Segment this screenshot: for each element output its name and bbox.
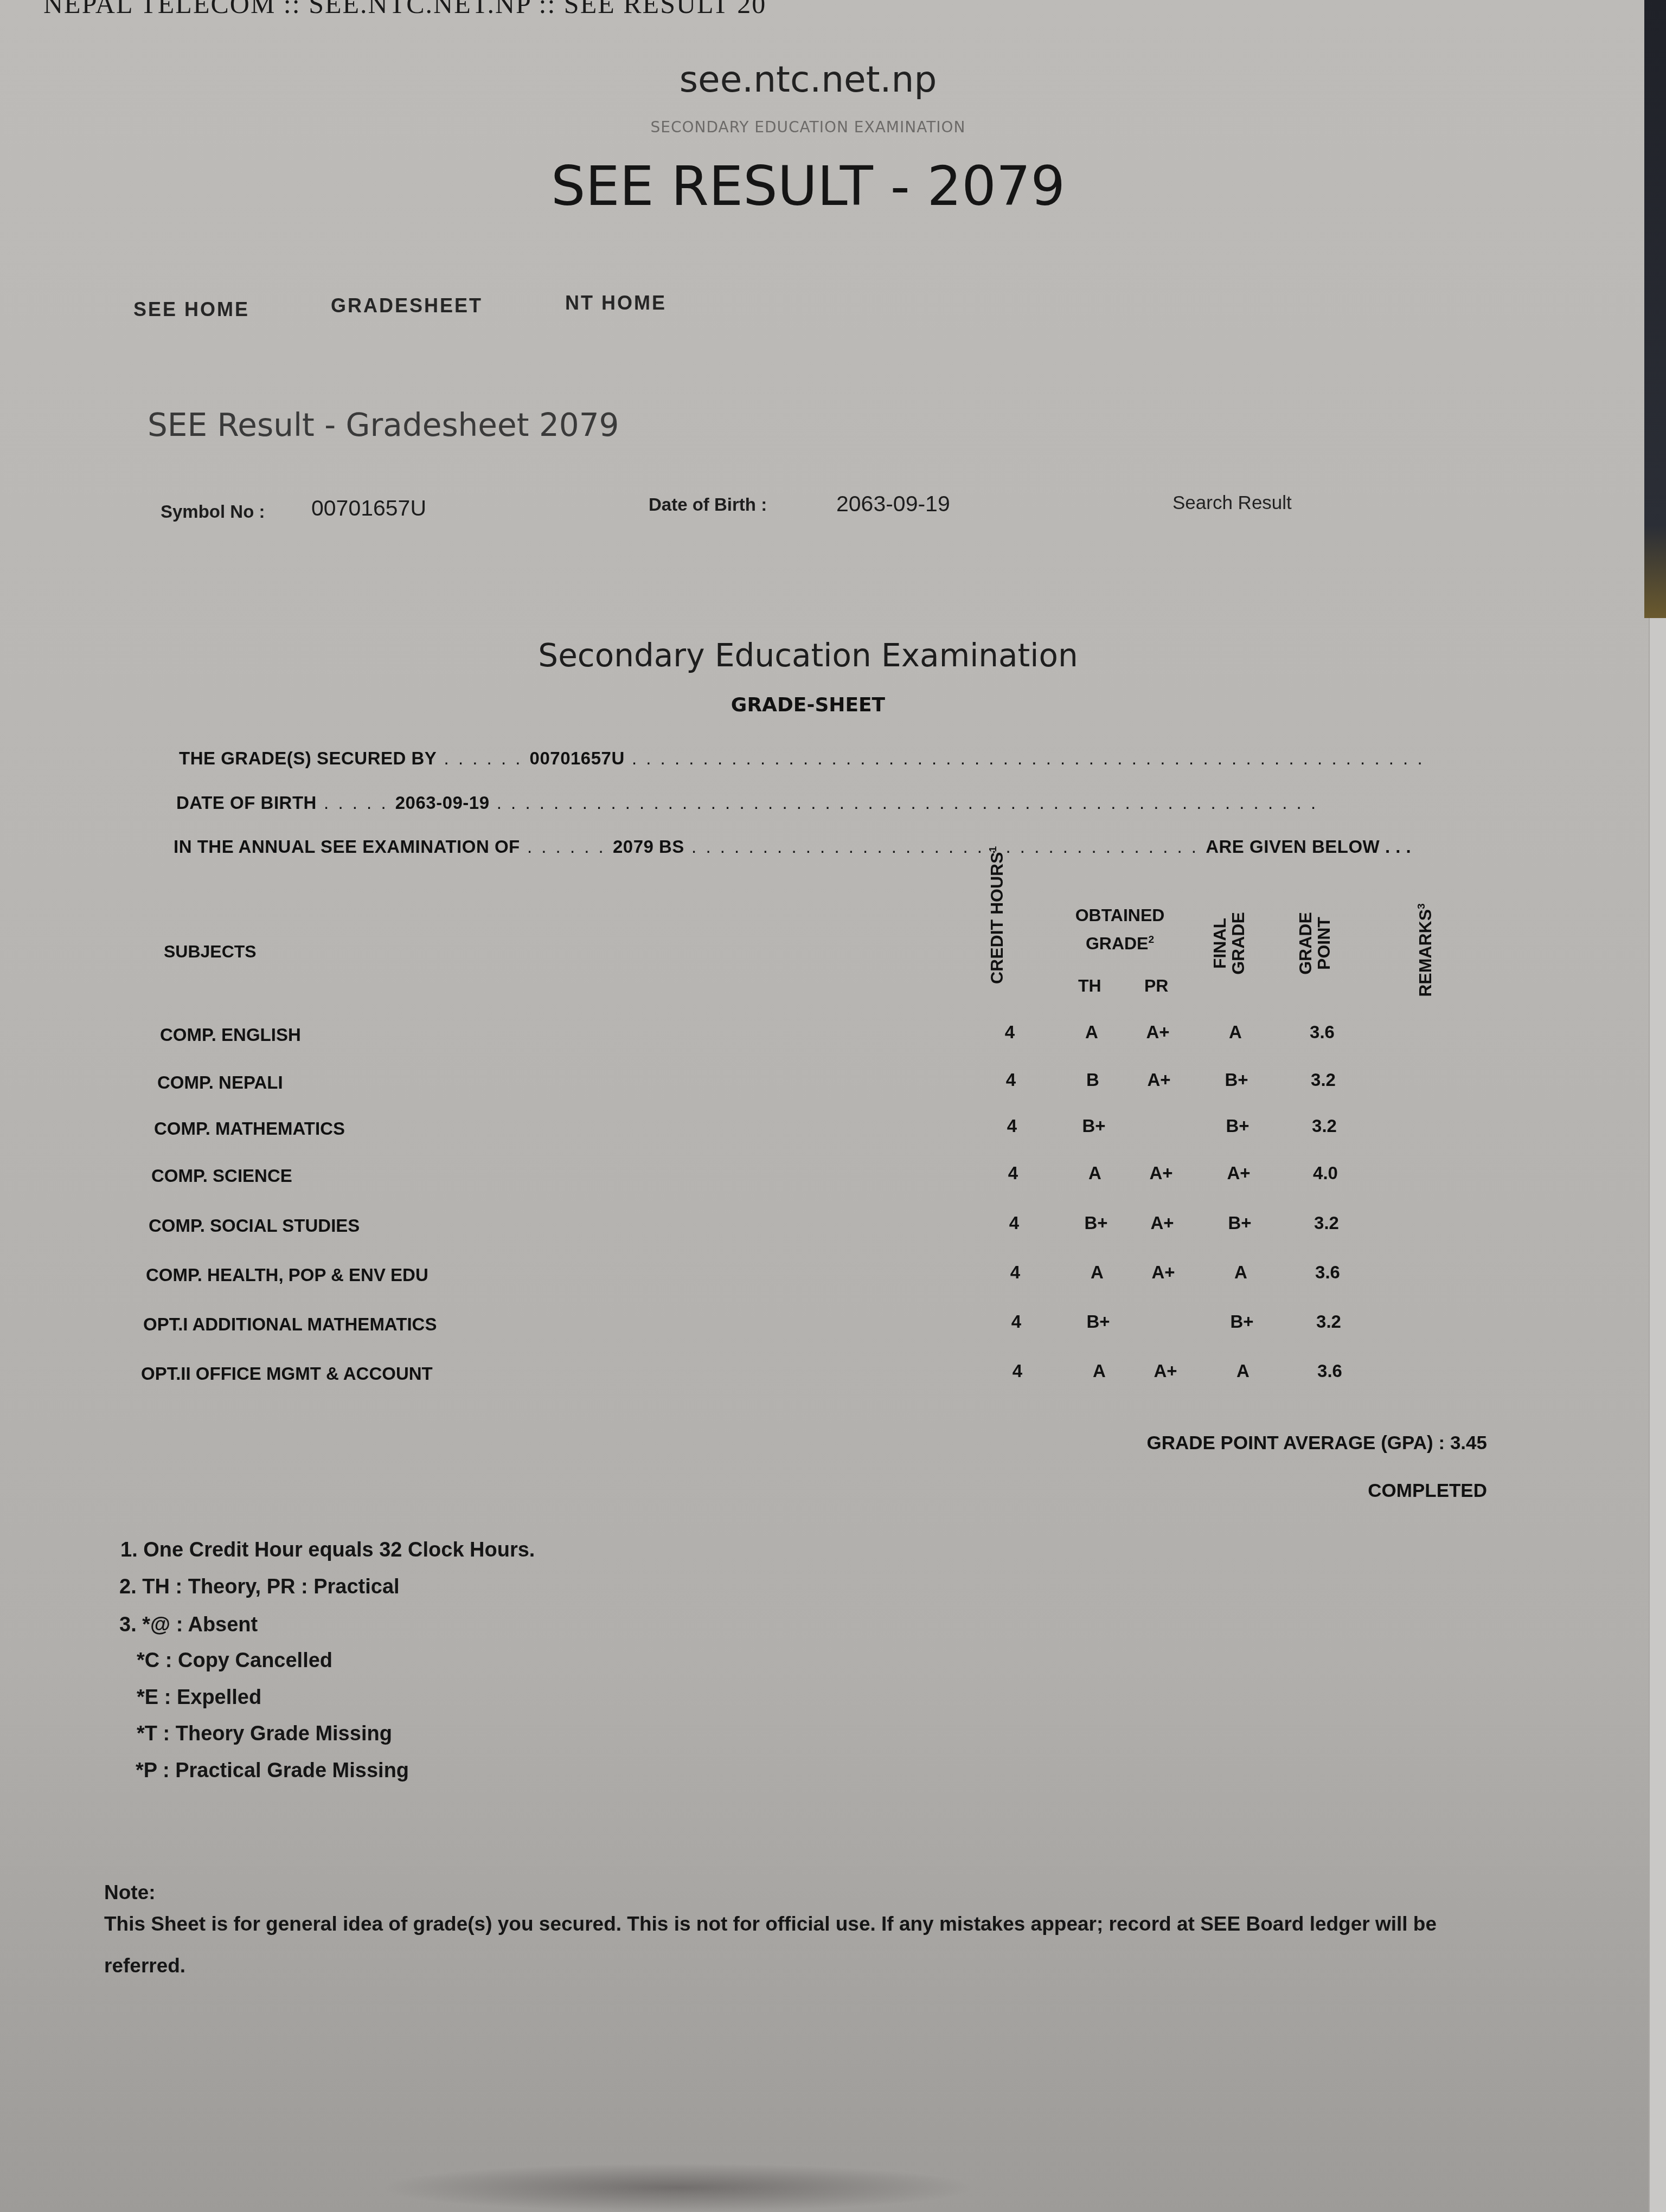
- credit-hours-cell: 4: [978, 1070, 1043, 1090]
- col-th: TH: [1078, 976, 1101, 996]
- dob-line-value: 2063-09-19: [395, 793, 490, 813]
- th-grade-cell: B+: [1063, 1213, 1129, 1233]
- credit-hours-cell: 4: [985, 1361, 1050, 1381]
- col-final-grade: FINAL GRADE: [1210, 905, 1247, 981]
- nav-see-home[interactable]: SEE HOME: [133, 298, 249, 321]
- gradesheet-title: Secondary Education Examination: [0, 637, 1616, 674]
- note-line-1: This Sheet is for general idea of grade(…: [104, 1913, 1437, 1935]
- exam-line-label: IN THE ANNUAL SEE EXAMINATION OF: [174, 837, 520, 857]
- note-label: Note:: [104, 1881, 156, 1904]
- gradesheet-subtitle: GRADE-SHEET: [0, 694, 1616, 716]
- subject-cell: COMP. NEPALI: [157, 1072, 283, 1093]
- th-grade-cell: A: [1062, 1163, 1127, 1184]
- secured-by-value: 00701657U: [530, 748, 625, 768]
- final-grade-cell: B+: [1207, 1213, 1272, 1233]
- th-grade-cell: A: [1065, 1262, 1130, 1283]
- th-grade-cell: B+: [1066, 1311, 1131, 1332]
- grade-point-cell: 3.2: [1292, 1116, 1357, 1136]
- gpa-line: GRADE POINT AVERAGE (GPA) : 3.45: [1146, 1432, 1487, 1454]
- pr-grade-cell: A+: [1125, 1022, 1190, 1043]
- footnote-1: 1. One Credit Hour equals 32 Clock Hours…: [120, 1539, 535, 1562]
- col-remarks: REMARKS3: [1413, 903, 1434, 998]
- col-credit-hours: CREDIT HOURS1: [984, 903, 1006, 984]
- pr-grade-cell: A+: [1129, 1163, 1194, 1184]
- subject-cell: COMP. SOCIAL STUDIES: [149, 1216, 360, 1236]
- gpa-value: 3.45: [1450, 1432, 1487, 1454]
- grade-point-cell: 3.2: [1296, 1311, 1361, 1332]
- exam-line-value: 2079 BS: [613, 837, 684, 857]
- dob-line: DATE OF BIRTH . . . . . 2063-09-19 . . .…: [176, 793, 1318, 813]
- site-name: see.ntc.net.np: [0, 59, 1616, 100]
- secured-by-line: THE GRADE(S) SECURED BY . . . . . . 0070…: [179, 748, 1425, 769]
- grade-point-cell: 4.0: [1293, 1163, 1358, 1184]
- symbol-no-label: Symbol No :: [161, 501, 265, 522]
- exam-line: IN THE ANNUAL SEE EXAMINATION OF . . . .…: [174, 837, 1411, 857]
- subject-cell: COMP. MATHEMATICS: [154, 1118, 345, 1139]
- pr-grade-cell: A+: [1130, 1213, 1195, 1233]
- footnote-3: 3. *@ : Absent: [119, 1613, 258, 1637]
- footnote-practical-missing: *P : Practical Grade Missing: [136, 1759, 409, 1783]
- grade-point-cell: 3.2: [1291, 1070, 1356, 1090]
- th-grade-cell: A: [1059, 1022, 1124, 1043]
- credit-hours-cell: 4: [983, 1262, 1048, 1283]
- credit-hours-cell: 4: [979, 1116, 1045, 1136]
- gpa-label: GRADE POINT AVERAGE (GPA) :: [1146, 1432, 1445, 1454]
- printed-page: [0, 0, 1649, 2212]
- site-subtitle: SECONDARY EDUCATION EXAMINATION: [0, 118, 1616, 136]
- subject-cell: COMP. ENGLISH: [160, 1025, 301, 1045]
- final-grade-cell: A: [1210, 1361, 1276, 1381]
- final-grade-cell: B+: [1204, 1070, 1269, 1090]
- nav-gradesheet[interactable]: GRADESHEET: [331, 294, 483, 317]
- credit-hours-cell: 4: [982, 1213, 1047, 1233]
- search-result-button[interactable]: Search Result: [1172, 492, 1292, 514]
- site-title: SEE RESULT - 2079: [0, 155, 1616, 218]
- th-grade-cell: B+: [1061, 1116, 1126, 1136]
- nav-nt-home[interactable]: NT HOME: [565, 292, 667, 314]
- th-grade-cell: B: [1060, 1070, 1125, 1090]
- secured-by-label: THE GRADE(S) SECURED BY: [179, 748, 437, 768]
- grade-point-cell: 3.6: [1295, 1262, 1360, 1283]
- pr-grade-cell: A+: [1126, 1070, 1191, 1090]
- hand-shadow: [380, 2163, 976, 2212]
- credit-hours-cell: 4: [977, 1022, 1042, 1043]
- col-grade-point: GRADE POINT: [1296, 905, 1333, 981]
- credit-hours-cell: 4: [984, 1311, 1049, 1332]
- exam-line-suffix: ARE GIVEN BELOW . . .: [1206, 837, 1411, 857]
- print-header: NEPAL TELECOM :: SEE.NTC.NET.NP :: SEE R…: [43, 0, 766, 20]
- final-grade-cell: B+: [1205, 1116, 1270, 1136]
- pr-grade-cell: A+: [1133, 1361, 1198, 1381]
- final-grade-cell: A: [1208, 1262, 1273, 1283]
- grade-point-cell: 3.6: [1297, 1361, 1362, 1381]
- result-status: COMPLETED: [1368, 1480, 1487, 1502]
- dob-input[interactable]: [836, 491, 999, 517]
- col-subjects: SUBJECTS: [164, 942, 257, 962]
- subject-cell: OPT.I ADDITIONAL MATHEMATICS: [143, 1314, 437, 1335]
- background-edge: [1644, 0, 1666, 618]
- footnote-expelled: *E : Expelled: [137, 1686, 261, 1709]
- subject-cell: COMP. HEALTH, POP & ENV EDU: [146, 1265, 428, 1285]
- subject-cell: COMP. SCIENCE: [151, 1166, 292, 1186]
- symbol-no-input[interactable]: [311, 496, 507, 521]
- final-grade-cell: B+: [1209, 1311, 1274, 1332]
- th-grade-cell: A: [1067, 1361, 1132, 1381]
- final-grade-cell: A+: [1206, 1163, 1271, 1184]
- subject-cell: OPT.II OFFICE MGMT & ACCOUNT: [141, 1364, 433, 1384]
- col-obtained-grade: OBTAINED GRADE2: [1071, 903, 1169, 956]
- footnote-2: 2. TH : Theory, PR : Practical: [119, 1576, 400, 1599]
- dob-line-label: DATE OF BIRTH: [176, 793, 317, 813]
- page-heading: SEE Result - Gradesheet 2079: [148, 407, 619, 443]
- col-pr: PR: [1144, 976, 1168, 996]
- note-line-2: referred.: [104, 1954, 185, 1977]
- credit-hours-cell: 4: [981, 1163, 1046, 1184]
- final-grade-cell: A: [1203, 1022, 1268, 1043]
- dob-label: Date of Birth :: [649, 494, 767, 515]
- footnote-copy-cancelled: *C : Copy Cancelled: [137, 1649, 332, 1673]
- grade-point-cell: 3.6: [1290, 1022, 1355, 1043]
- adjacent-sheet-edge: [1650, 618, 1666, 2212]
- pr-grade-cell: A+: [1131, 1262, 1196, 1283]
- footnote-theory-missing: *T : Theory Grade Missing: [137, 1722, 392, 1746]
- grade-point-cell: 3.2: [1294, 1213, 1359, 1233]
